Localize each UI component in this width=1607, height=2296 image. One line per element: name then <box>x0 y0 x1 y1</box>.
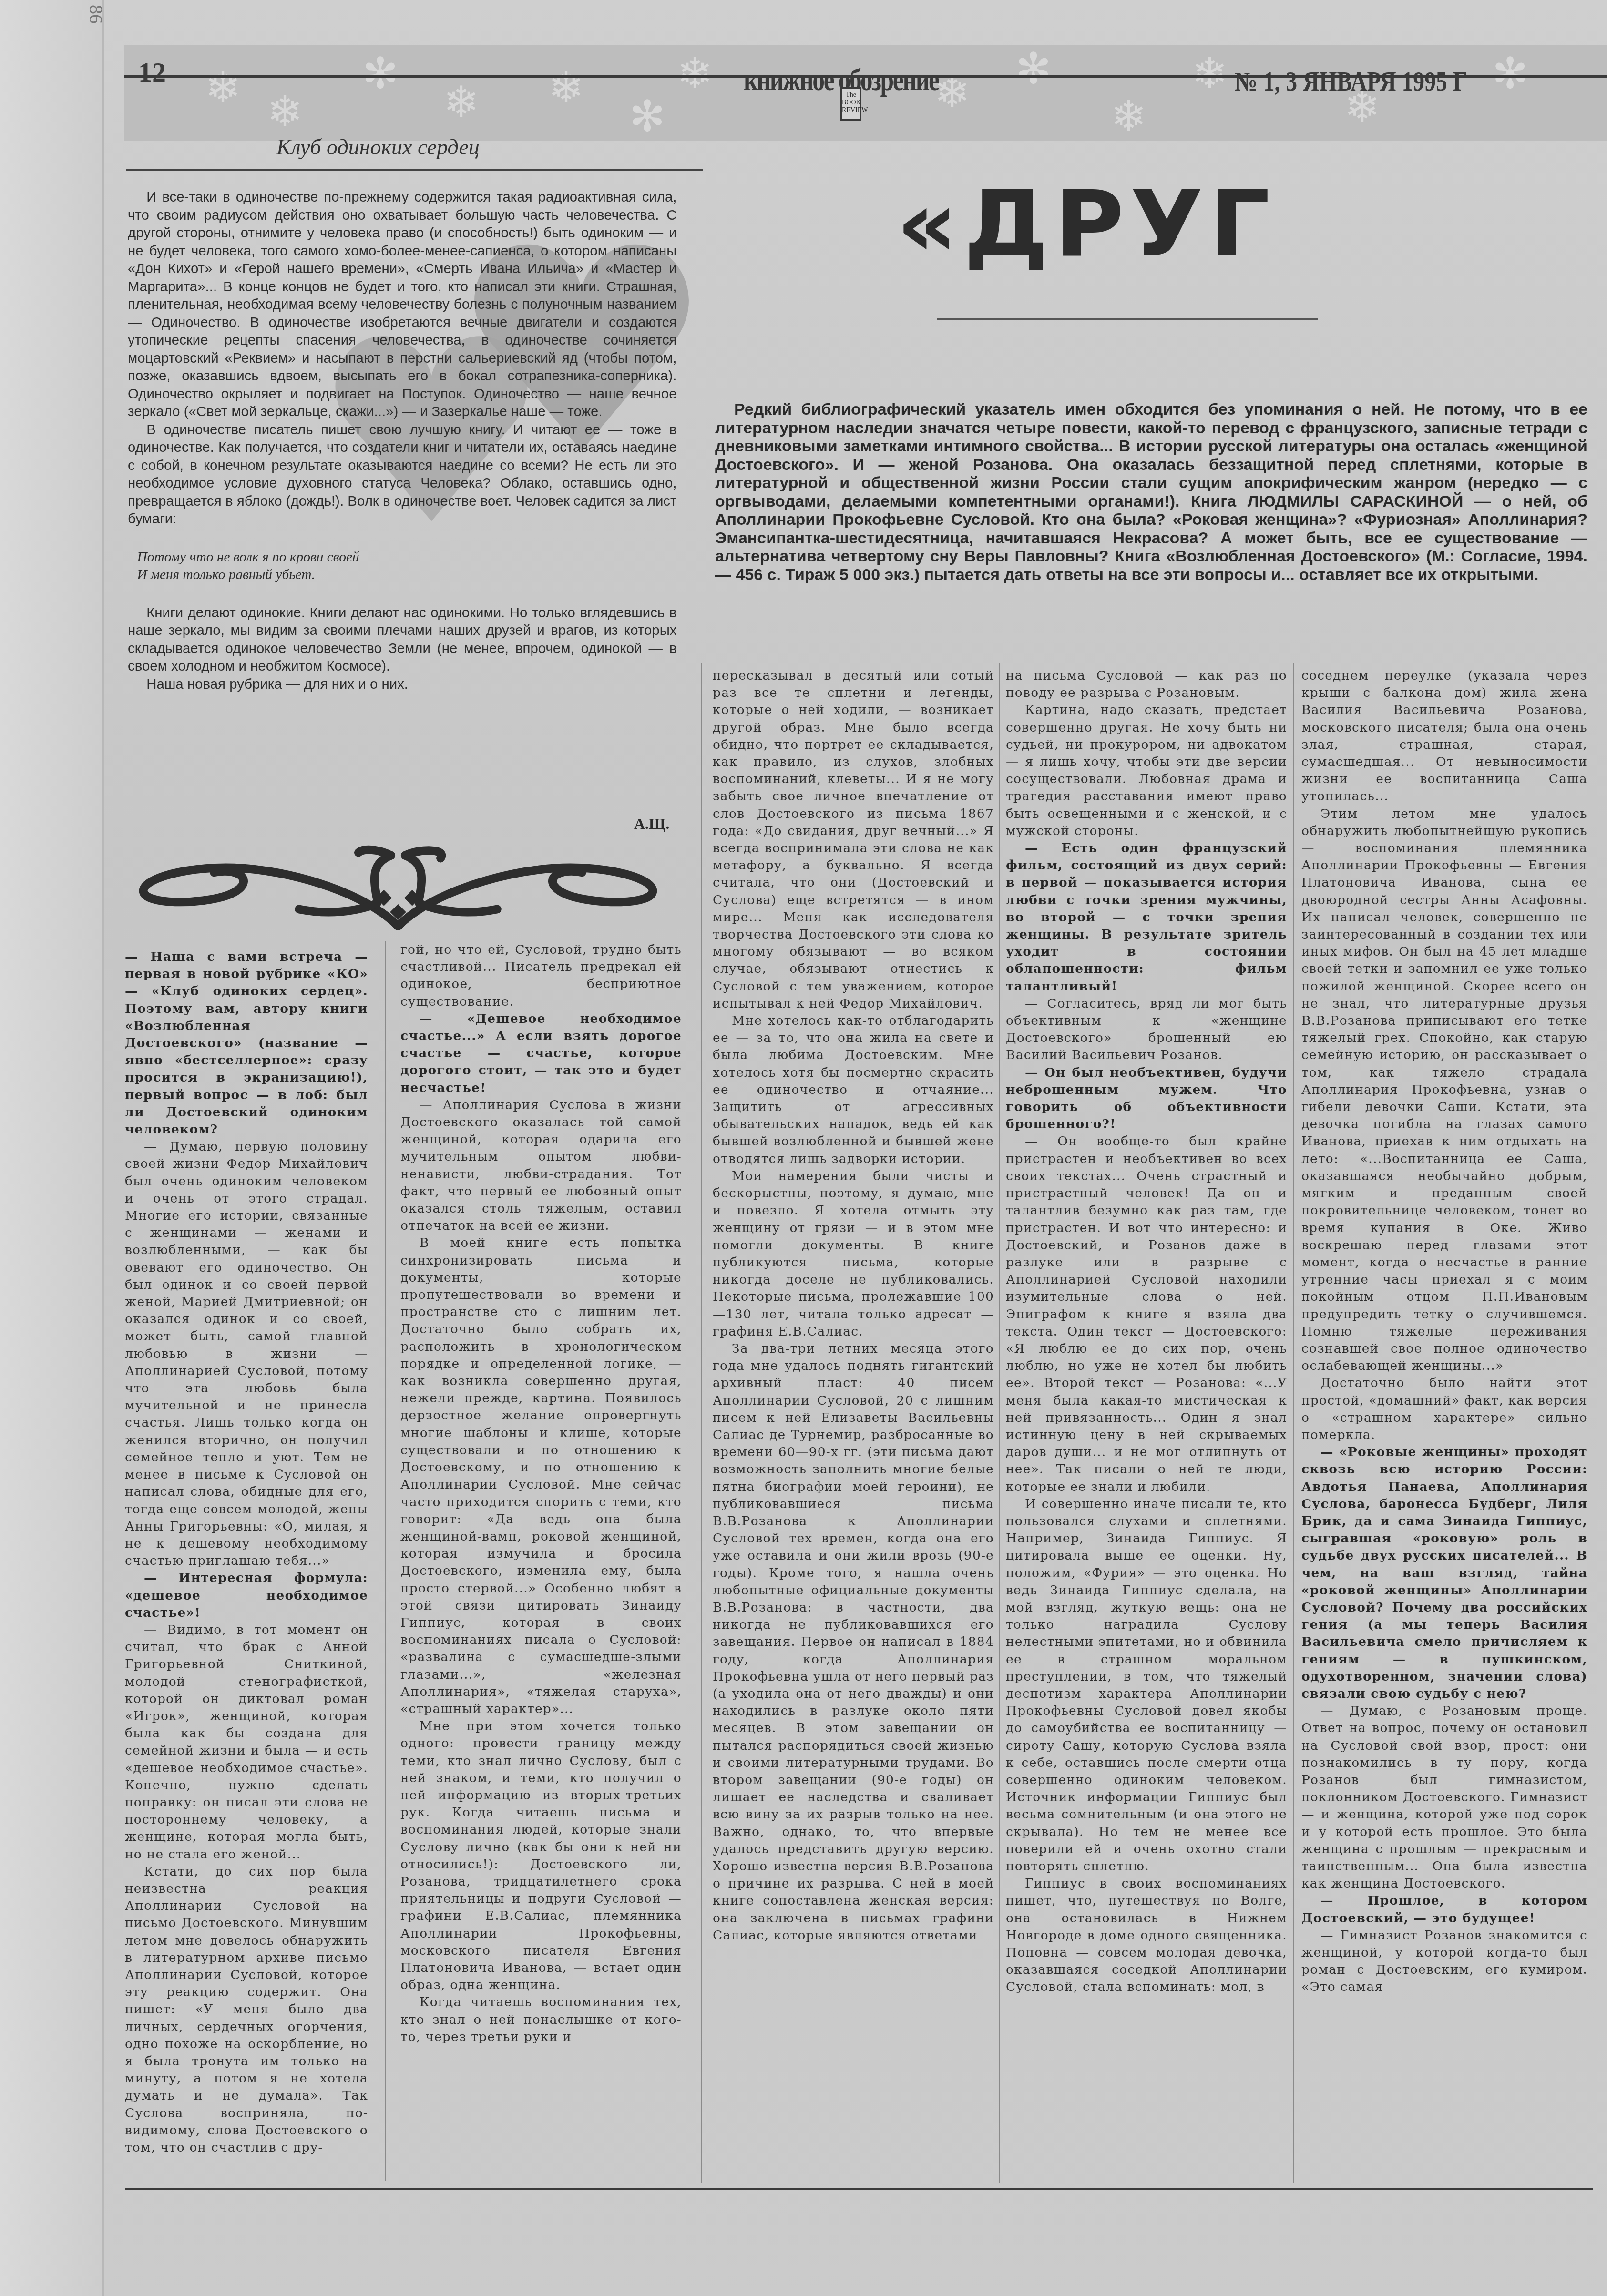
page-binding-edge <box>0 0 104 2296</box>
rubric-title: Клуб одиноких сердец <box>276 134 480 160</box>
intro-paragraph: И все-таки в одиночестве по-прежнему сод… <box>128 188 677 421</box>
column-divider <box>1293 663 1294 2183</box>
page-number: 12 <box>138 56 166 88</box>
snowflake-icon: ❄ <box>1192 52 1228 95</box>
interview-answer: Достаточно было найти этот простой, «дом… <box>1301 1375 1587 1444</box>
snowflake-icon: ❄ <box>1111 95 1146 138</box>
interview-answer: — Гимназист Розанов знакомится с женщино… <box>1301 1927 1587 1996</box>
interview-answer: на письма Сусловой — как раз по поводу е… <box>1006 667 1287 702</box>
interview-question: — Наша с вами встреча — первая в новой р… <box>125 949 368 1138</box>
bottom-rule <box>125 2188 1593 2190</box>
headline-rule <box>937 318 1318 320</box>
snowflake-icon: ❄ <box>443 81 479 124</box>
interview-answer: — Думаю, с Розановым проще. Ответ на воп… <box>1301 1703 1587 1892</box>
interview-answer: Мне при этом хочется только одного: пров… <box>400 1718 682 1994</box>
snowflake-icon: ❄ <box>205 67 241 110</box>
interview-answer: — Аполлинария Суслова в жизни Достоевско… <box>400 1097 682 1235</box>
rubric-intro: И все-таки в одиночестве по-прежнему сод… <box>128 188 677 693</box>
snowflake-icon: ✻ <box>1015 48 1051 91</box>
snowflake-icon: ❄ <box>267 91 303 133</box>
article-column-4: на письма Сусловой — как раз по поводу е… <box>1006 667 1287 1996</box>
interview-answer: Кстати, до сих пор была неизвестна реакц… <box>125 1863 368 2156</box>
interview-answer: И совершенно иначе писали те, кто пользо… <box>1006 1496 1287 1875</box>
poem-quote: Потому что не волк я по крови своей И ме… <box>137 548 677 584</box>
article-column-5: соседнем переулке (указала через крыши с… <box>1301 667 1587 1996</box>
margin-handwritten-mark: 86 <box>85 5 107 24</box>
snowflake-icon: ✻ <box>629 95 665 138</box>
poem-line: И меня только равный убьет. <box>137 566 677 584</box>
interview-question: — «Дешевое необходимое счастье...» А есл… <box>400 1010 682 1097</box>
intro-paragraph: Наша новая рубрика — для них и о них. <box>128 675 677 694</box>
interview-answer: Гиппиус в своих воспоминаниях пишет, что… <box>1006 1875 1287 1996</box>
interview-answer: Когда читаешь воспоминания тех, кто знал… <box>400 1994 682 2046</box>
interview-answer: В моей книге есть попытка синхронизирова… <box>400 1235 682 1718</box>
interview-question: — Есть один французский фильм, состоящий… <box>1006 840 1287 995</box>
article-column-2: гой, но что ей, Сусловой, трудно быть сч… <box>400 941 682 2046</box>
decorative-ornament-icon <box>126 841 670 932</box>
interview-answer: Мне хотелось как-то отблагодарить ее — з… <box>713 1012 994 1168</box>
interview-answer: гой, но что ей, Сусловой, трудно быть сч… <box>400 941 682 1010</box>
logo-badge: The BOOK REVIEW <box>840 87 861 121</box>
rubric-rule <box>126 169 703 171</box>
interview-answer: — Думаю, первую половину своей жизни Фед… <box>125 1138 368 1570</box>
interview-answer: Картина, надо сказать, предстает соверше… <box>1006 702 1287 840</box>
interview-question: — «Роковые женщины» проходят сквозь всю … <box>1301 1444 1587 1703</box>
interview-question: — Прошлое, в котором Достоевский, — это … <box>1301 1892 1587 1927</box>
interview-question: — Интересная формула: «дешевое необходим… <box>125 1570 368 1622</box>
interview-answer: — Согласитесь, вряд ли мог быть объектив… <box>1006 995 1287 1064</box>
interview-answer: За два-три летних месяца этого года мне … <box>713 1340 994 1944</box>
article-column-3: пересказывал в десятый или сотый раз все… <box>713 667 994 1944</box>
column-divider <box>701 663 702 2183</box>
poem-line: Потому что не волк я по крови своей <box>137 548 677 566</box>
intro-paragraph: Книги делают одинокие. Книги делают нас … <box>128 604 677 675</box>
snowflake-icon: ✻ <box>1492 52 1528 95</box>
snowflake-icon: ❄ <box>677 52 713 95</box>
intro-paragraph: В одиночестве писатель пишет свою лучшую… <box>128 421 677 528</box>
column-divider <box>385 941 386 2181</box>
column-divider <box>999 663 1000 2183</box>
article-lead: Редкий библиографический указатель имен … <box>715 400 1587 584</box>
interview-answer: пересказывал в десятый или сотый раз все… <box>713 667 994 1012</box>
newspaper-page: 86 ❄ ❄ ✻ ❄ ❄ ✻ ❄ ❄ ✻ ❄ ❄ ❄ ✻ 12 книжное … <box>0 0 1607 2296</box>
interview-answer: Этим летом мне удалось обнаружить любопы… <box>1301 806 1587 1375</box>
interview-answer: Мои намерения были чисты и бескорыстны, … <box>713 1168 994 1340</box>
article-column-1: — Наша с вами встреча — первая в новой р… <box>125 949 368 2156</box>
snowflake-icon: ✻ <box>362 52 398 95</box>
interview-answer: — Он вообще-то был крайне пристрастен и … <box>1006 1133 1287 1495</box>
interview-answer: — Видимо, в тот момент он считал, что бр… <box>125 1622 368 1863</box>
article-headline: «ДРУГ <box>896 172 1276 277</box>
snowflake-icon: ❄ <box>548 67 584 110</box>
interview-answer: соседнем переулке (указала через крыши с… <box>1301 667 1587 806</box>
author-signature: А.Щ. <box>634 815 669 833</box>
issue-date: № 1, 3 ЯНВАРЯ 1995 Г <box>1235 67 1467 97</box>
interview-question: — Он был необъективен, будучи неброшенны… <box>1006 1064 1287 1133</box>
